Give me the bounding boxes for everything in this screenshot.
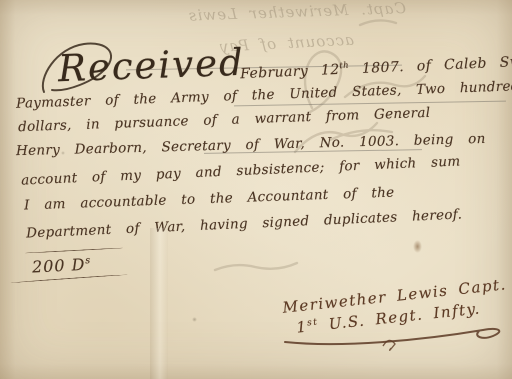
paper-speck bbox=[192, 317, 197, 322]
paper-speck bbox=[61, 151, 65, 155]
ink-stain bbox=[413, 240, 422, 253]
received-word: Received bbox=[57, 41, 245, 90]
amount-value: 200 D bbox=[32, 255, 86, 277]
manuscript-receipt-page: Capt. Meriwether Lewis account of Pay Re… bbox=[0, 0, 512, 379]
date-ordinal-sup: th bbox=[339, 60, 349, 70]
amount-total: 200 Ds bbox=[32, 254, 92, 276]
amount-unit-sup: s bbox=[85, 255, 92, 266]
signature-flourish bbox=[283, 318, 508, 352]
